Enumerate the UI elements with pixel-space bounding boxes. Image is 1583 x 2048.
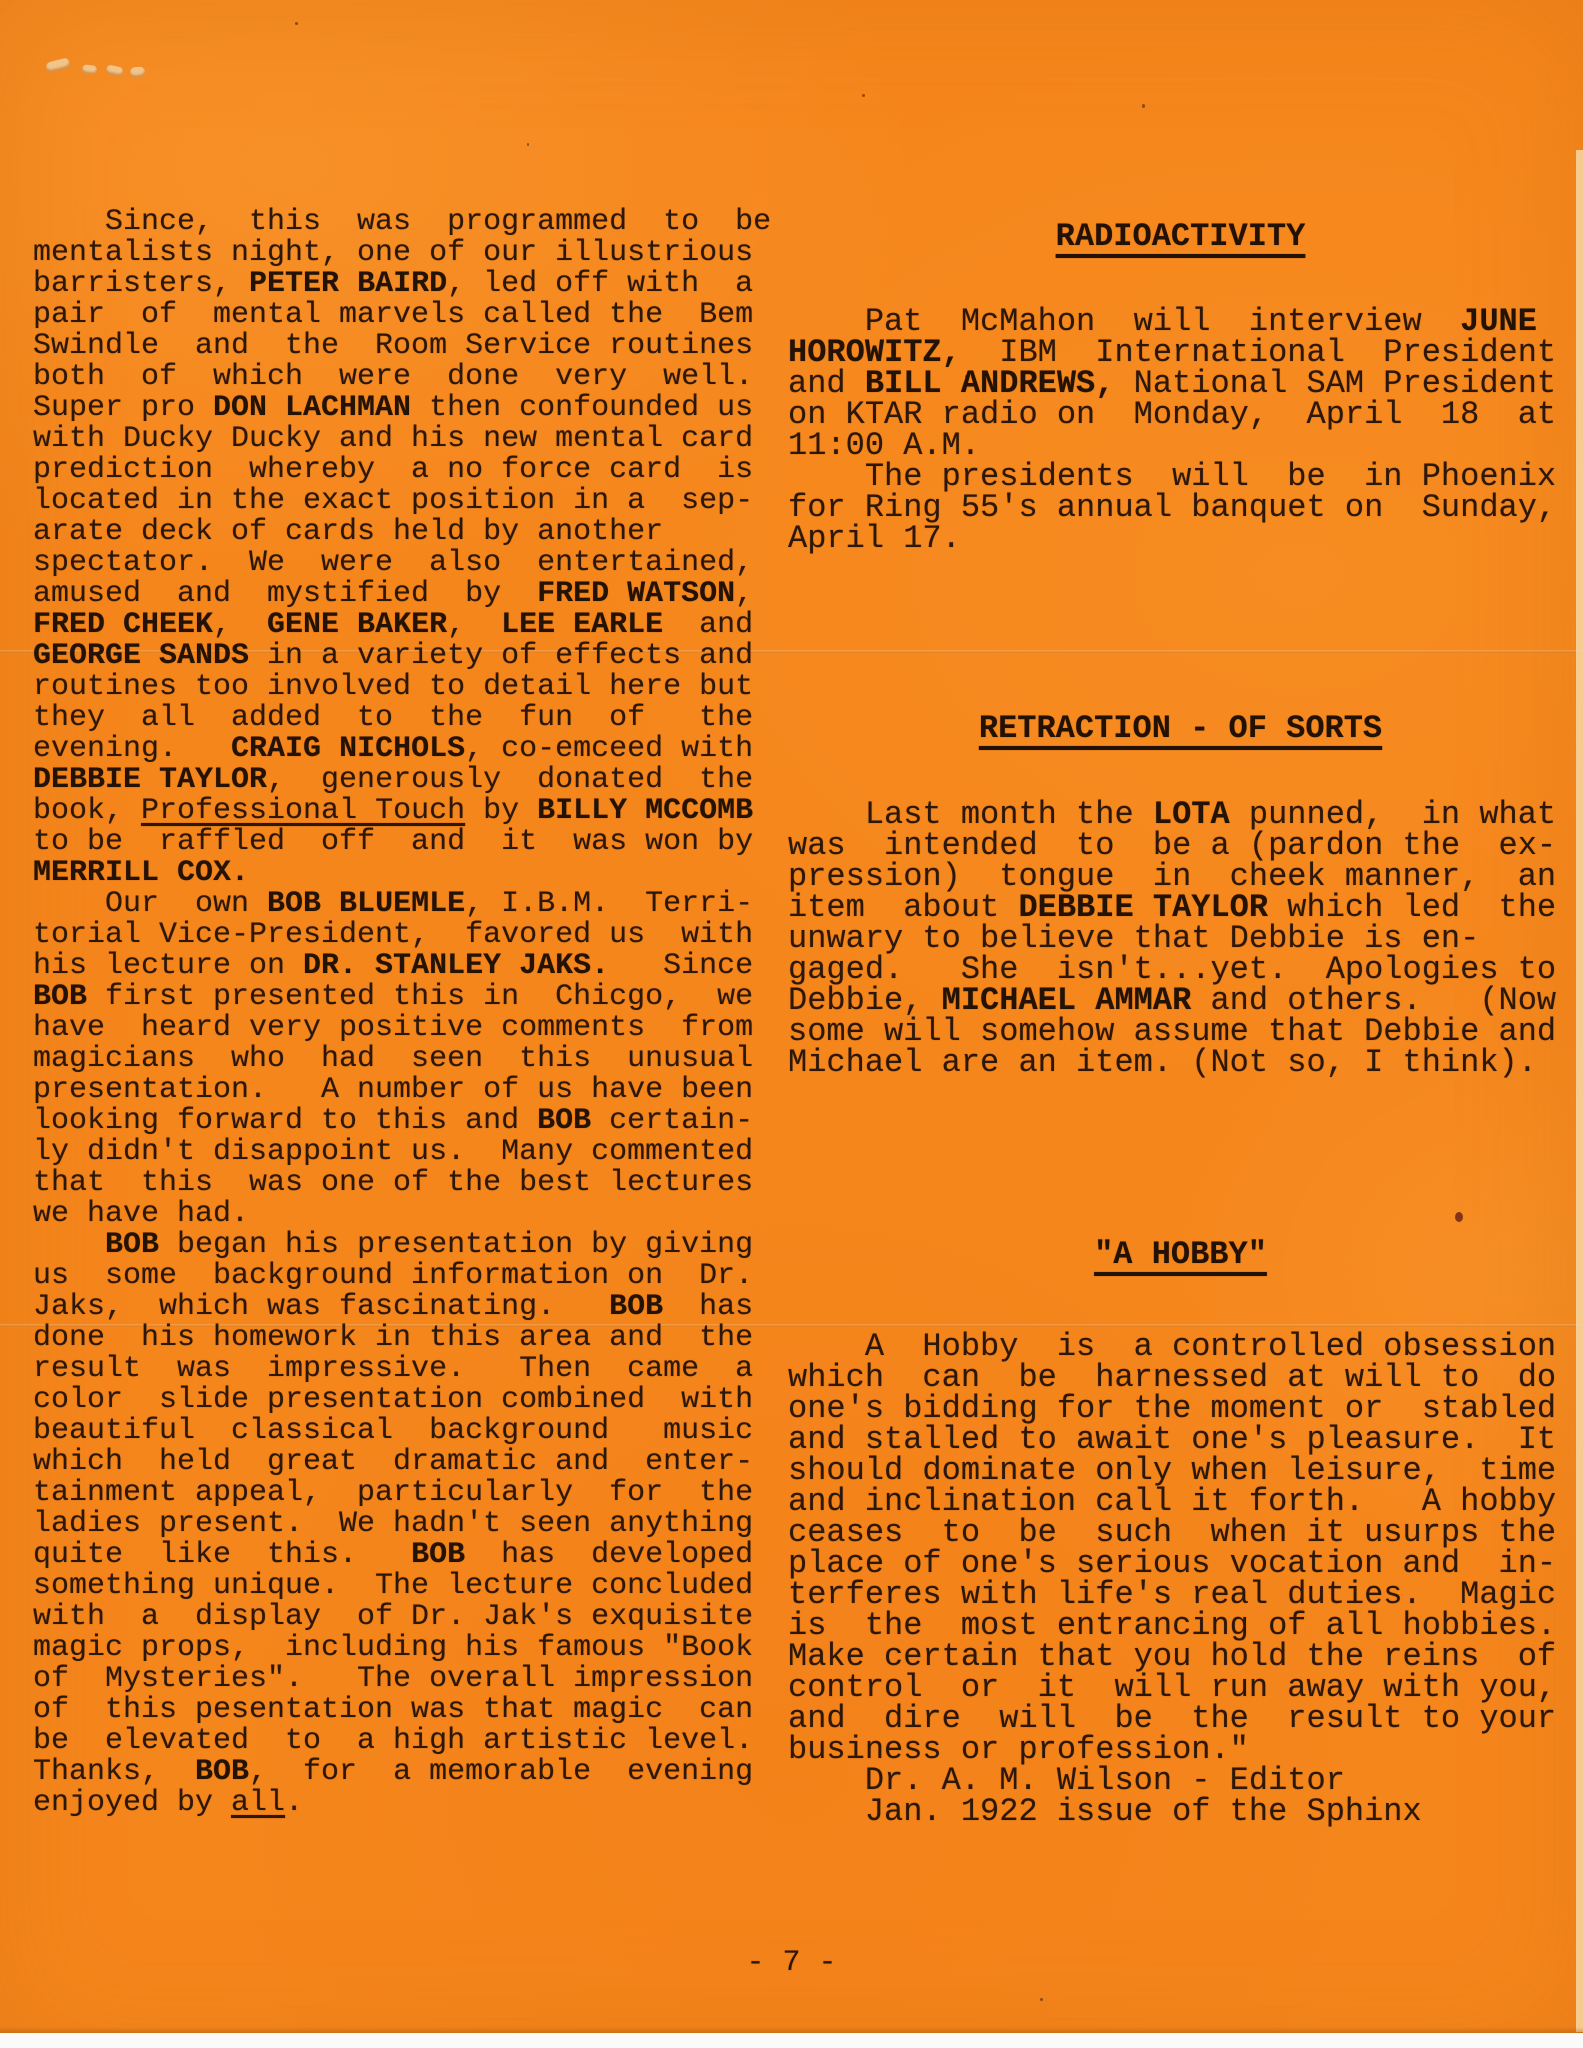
ink-spot [1455,1212,1463,1222]
text-line: magicians who had seen this unusual [33,1044,761,1075]
text-line: looking forward to this and BOB certain- [33,1106,761,1137]
text-line: Make certain that you hold the reins of [788,1641,1573,1672]
text-line: and stalled to await one's pleasure. It [788,1424,1573,1455]
page-right-edge [1576,150,1583,2032]
paper-speck [527,143,529,146]
text-line: of this pesentation was that magic can [33,1695,761,1726]
text-line: April 17. [788,523,1573,554]
paper-tear-mark [82,64,98,75]
text-line: mentalists night, one of our illustrious [33,238,761,269]
text-line: of Mysteries". The overall impression [33,1664,761,1695]
text-line: BOB began his presentation by giving [33,1230,761,1261]
text-line: color slide presentation combined with [33,1385,761,1416]
text-line: which can be harnessed at will to do [788,1362,1573,1393]
text-line: Michael are an item. (Not so, I think). [788,1047,1573,1078]
text-line: they all added to the fun of the [33,703,761,734]
text-line: DEBBIE TAYLOR, generously donated the [33,765,761,796]
text-line: terferes with life's real duties. Magic [788,1579,1573,1610]
section-heading-a-hobby: "A HOBBY" [788,1236,1573,1273]
text-line: beautiful classical background music [33,1416,761,1447]
section-heading-retraction: RETRACTION - OF SORTS [788,710,1573,747]
text-line: book, Professional Touch by BILLY MCCOMB [33,796,761,827]
text-line: pression) tongue in cheek manner, an [788,861,1573,892]
text-line: The presidents will be in Phoenix [788,461,1573,492]
text-line: BOB first presented this in Chicgo, we [33,982,761,1013]
text-line: ly didn't disappoint us. Many commented [33,1137,761,1168]
text-line: ladies present. We hadn't seen anything [33,1509,761,1540]
text-line: Super pro DON LACHMAN then confounded us [33,393,761,424]
paper-speck [295,22,298,25]
text-line: Since, this was programmed to be [33,207,761,238]
text-line: Dr. A. M. Wilson - Editor [788,1765,1573,1796]
text-line: arate deck of cards held by another [33,517,761,548]
section-body-a-hobby: A Hobby is a controlled obsessionwhich c… [788,1331,1573,1827]
text-line: enjoyed by all. [33,1788,761,1819]
text-line: Swindle and the Room Service routines [33,331,761,362]
text-line: on KTAR radio on Monday, April 18 at [788,399,1573,430]
text-line: and inclination call it forth. A hobby [788,1486,1573,1517]
text-line: Debbie, MICHAEL AMMAR and others. (Now [788,985,1573,1016]
text-line: unwary to believe that Debbie is en- [788,923,1573,954]
text-line: Pat McMahon will interview JUNE [788,306,1573,337]
paper-tear-mark [130,66,146,78]
text-line: tainment appeal, particularly for the [33,1478,761,1509]
section-body-retraction: Last month the LOTA punned, in whatwas i… [788,799,1573,1078]
text-line: prediction whereby a no force card is [33,455,761,486]
scan-background-strip [0,2033,1583,2048]
text-line: amused and mystified by FRED WATSON, [33,579,761,610]
scanned-newsletter-page: Since, this was programmed to bementalis… [0,0,1583,2048]
section-body-radioactivity: Pat McMahon will interview JUNEHOROWITZ,… [788,306,1573,554]
text-line: his lecture on DR. STANLEY JAKS. Since [33,951,761,982]
left-column: Since, this was programmed to bementalis… [33,207,761,1819]
text-line: Our own BOB BLUEMLE, I.B.M. Terri- [33,889,761,920]
text-line: one's bidding for the moment or stabled [788,1393,1573,1424]
text-line: have heard very positive comments from [33,1013,761,1044]
text-line: should dominate only when leisure, time [788,1455,1573,1486]
text-line: item about DEBBIE TAYLOR which led the [788,892,1573,923]
text-line: evening. CRAIG NICHOLS, co-emceed with [33,734,761,765]
text-line: located in the exact position in a sep- [33,486,761,517]
text-line: which held great dramatic and enter- [33,1447,761,1478]
text-line: HOROWITZ, IBM International President [788,337,1573,368]
text-line: torial Vice-President, favored us with [33,920,761,951]
text-line: GEORGE SANDS in a variety of effects and [33,641,761,672]
text-line: spectator. We were also entertained, [33,548,761,579]
text-line: was intended to be a (pardon the ex- [788,830,1573,861]
text-line: magic props, including his famous "Book [33,1633,761,1664]
text-line: control or it will run away with you, [788,1672,1573,1703]
text-line: gaged. She isn't...yet. Apologies to [788,954,1573,985]
text-line: for Ring 55's annual banquet on Sunday, [788,492,1573,523]
text-line: that this was one of the best lectures [33,1168,761,1199]
paper-tear-mark [105,64,123,76]
text-line: presentation. A number of us have been [33,1075,761,1106]
text-line: A Hobby is a controlled obsession [788,1331,1573,1362]
text-line: ceases to be such when it usurps the [788,1517,1573,1548]
text-line: to be raffled off and it was won by [33,827,761,858]
text-line: Thanks, BOB, for a memorable evening [33,1757,761,1788]
text-line: something unique. The lecture concluded [33,1571,761,1602]
text-line: Last month the LOTA punned, in what [788,799,1573,830]
section-heading-radioactivity: RADIOACTIVITY [788,218,1573,255]
text-line: place of one's serious vocation and in- [788,1548,1573,1579]
page-number: - 7 - [0,1946,1583,1980]
right-column: RADIOACTIVITY Pat McMahon will interview… [788,0,1573,2048]
text-line: MERRILL COX. [33,858,761,889]
text-line: with a display of Dr. Jak's exquisite [33,1602,761,1633]
text-line: business or profession." [788,1734,1573,1765]
text-line: both of which were done very well. [33,362,761,393]
text-line: be elevated to a high artistic level. [33,1726,761,1757]
text-line: some will somehow assume that Debbie and [788,1016,1573,1047]
text-line: is the most entrancing of all hobbies. [788,1610,1573,1641]
text-line: and BILL ANDREWS, National SAM President [788,368,1573,399]
paper-tear-mark [45,57,71,73]
text-line: routines too involved to detail here but [33,672,761,703]
text-line: us some background information on Dr. [33,1261,761,1292]
text-line: Jaks, which was fascinating. BOB has [33,1292,761,1323]
text-line: quite like this. BOB has developed [33,1540,761,1571]
text-line: result was impressive. Then came a [33,1354,761,1385]
text-line: pair of mental marvels called the Bem [33,300,761,331]
text-line: and dire will be the result to your [788,1703,1573,1734]
text-line: barristers, PETER BAIRD, led off with a [33,269,761,300]
text-line: FRED CHEEK, GENE BAKER, LEE EARLE and [33,610,761,641]
text-line: with Ducky Ducky and his new mental card [33,424,761,455]
text-line: 11:00 A.M. [788,430,1573,461]
text-line: we have had. [33,1199,761,1230]
text-line: done his homework in this area and the [33,1323,761,1354]
text-line: Jan. 1922 issue of the Sphinx [788,1796,1573,1827]
